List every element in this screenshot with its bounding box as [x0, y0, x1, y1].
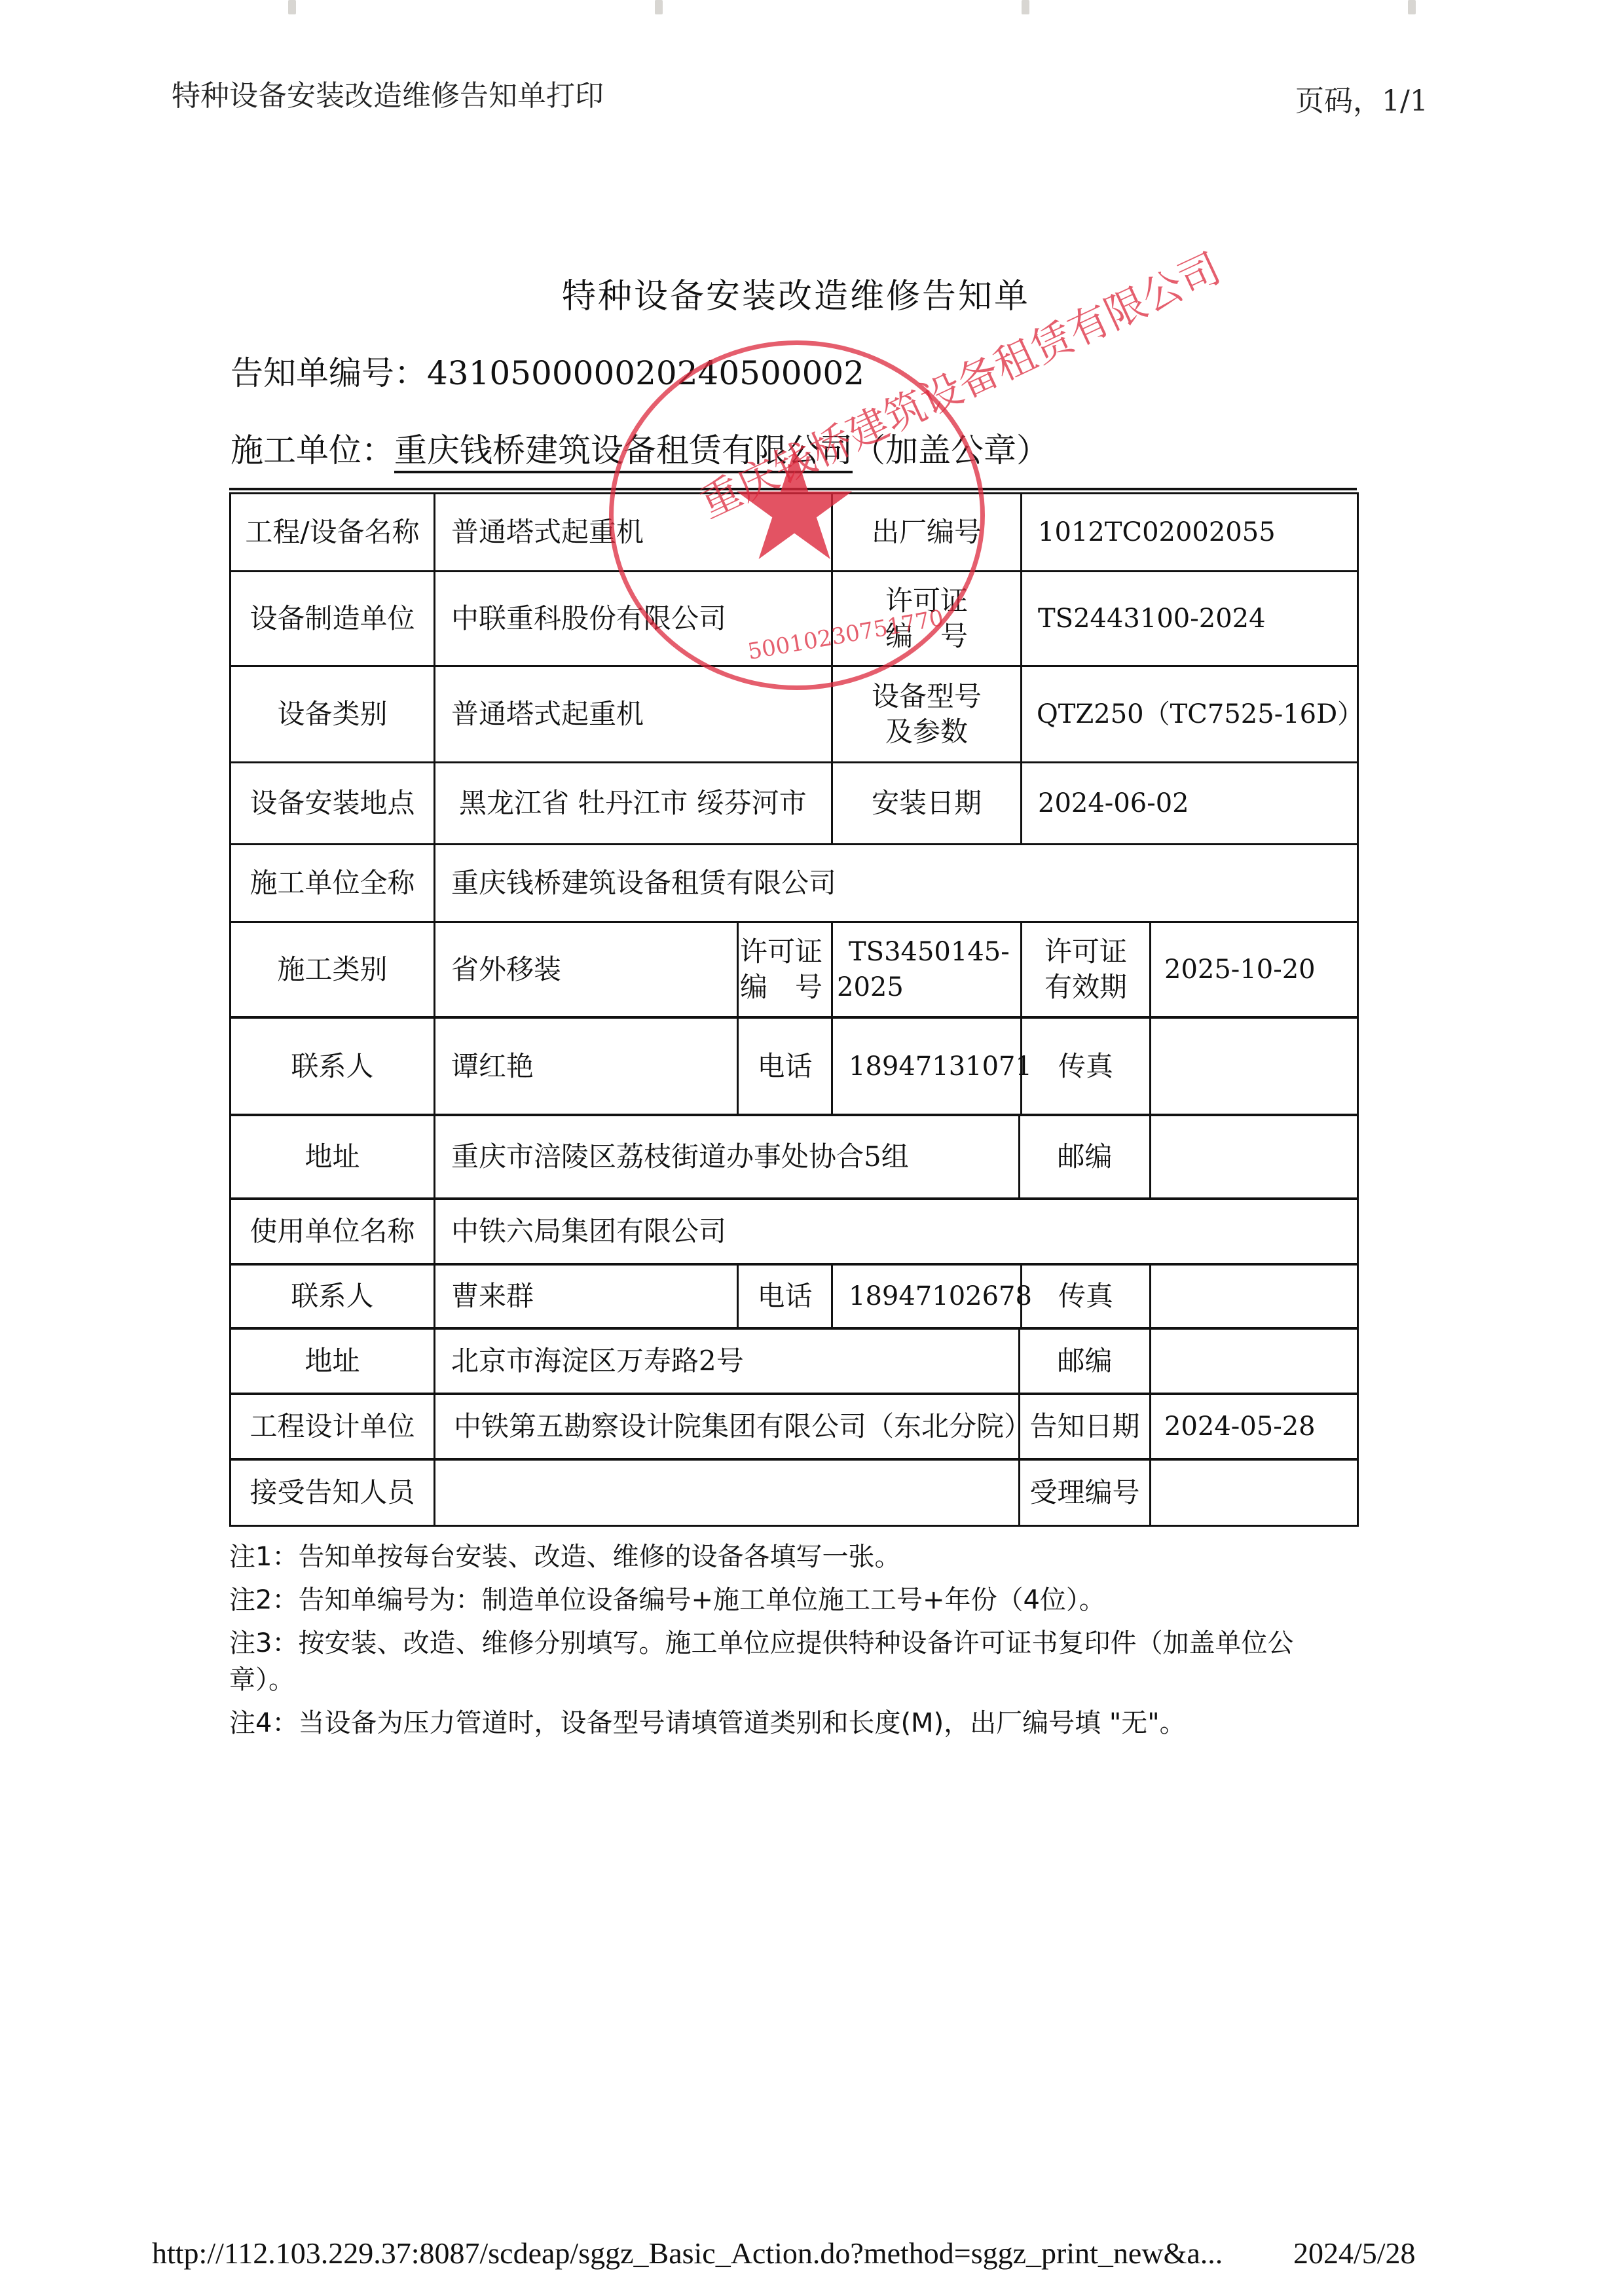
- label-fax: 传真: [1020, 1017, 1151, 1116]
- value-contractor-license: TS3450145-2025: [831, 921, 1022, 1018]
- label-receiver: 接受告知人员: [229, 1459, 435, 1527]
- label-line-2: 及参数: [885, 714, 968, 750]
- note-2: 注2：告知单编号为：制造单位设备编号+施工单位施工工号+年份（4位）。: [229, 1582, 1342, 1618]
- contractor-row: 施工单位：重庆钱桥建筑设备租赁有限公司（加盖公章）: [231, 424, 1049, 471]
- document-title: 特种设备安装改造维修告知单: [562, 268, 1030, 318]
- label-address: 地址: [229, 1114, 435, 1199]
- contractor-label: 施工单位：: [231, 431, 394, 469]
- table-top-rule: [229, 488, 1357, 490]
- label-manufacturer: 设备制造单位: [229, 570, 435, 667]
- label-design-unit: 工程设计单位: [229, 1393, 435, 1460]
- value-user-address: 北京市海淀区万寿路2号: [434, 1328, 1020, 1394]
- label-contact: 联系人: [229, 1017, 435, 1116]
- label-line-1: 许可证: [1044, 934, 1127, 970]
- label-user-postcode: 邮编: [1018, 1328, 1151, 1394]
- label-line-1: 设备型号: [872, 679, 982, 714]
- print-header-title: 特种设备安装改造维修告知单打印: [172, 72, 604, 114]
- value-phone: 18947131071: [831, 1017, 1022, 1116]
- punch-mark: [1022, 0, 1029, 14]
- note-3: 注3：按安装、改造、维修分别填写。施工单位应提供特种设备许可证书复印件（加盖单位…: [229, 1625, 1342, 1698]
- value-contact: 谭红艳: [434, 1017, 739, 1116]
- value-install-location: 黑龙江省 牡丹江市 绥芬河市: [434, 761, 833, 845]
- value-postcode: [1149, 1114, 1359, 1199]
- notice-number-row: 告知单编号：431050000020240500002: [231, 347, 864, 394]
- notice-number: 431050000020240500002: [427, 354, 864, 392]
- label-category: 设备类别: [229, 665, 435, 763]
- label-acceptance-no: 受理编号: [1018, 1459, 1151, 1527]
- value-fax: [1149, 1017, 1359, 1116]
- label-user-fax: 传真: [1020, 1264, 1151, 1329]
- value-factory-no: 1012TC02002055: [1020, 492, 1359, 572]
- value-equipment-name: 普通塔式起重机: [434, 492, 833, 572]
- punch-mark: [1408, 0, 1416, 14]
- label-work-type: 施工类别: [229, 921, 435, 1018]
- value-contractor-full: 重庆钱桥建筑设备租赁有限公司: [434, 843, 1359, 923]
- print-footer-url: http://112.103.229.37:8087/scdeap/sggz_B…: [152, 2236, 1223, 2270]
- value-notice-date: 2024-05-28: [1149, 1393, 1359, 1460]
- label-postcode: 邮编: [1018, 1114, 1151, 1199]
- label-line-2: 有效期: [1044, 970, 1127, 1005]
- label-user-phone: 电话: [737, 1264, 833, 1329]
- label-line-1: 许可证: [885, 583, 968, 619]
- value-work-type: 省外移装: [434, 921, 739, 1018]
- punch-mark: [288, 0, 296, 14]
- notice-number-label: 告知单编号：: [231, 354, 427, 392]
- note-1: 注1：告知单按每台安装、改造、维修的设备各填写一张。: [229, 1539, 1342, 1575]
- value-address: 重庆市涪陵区荔枝街道办事处协合5组: [434, 1114, 1020, 1199]
- label-factory-no: 出厂编号: [831, 492, 1022, 572]
- label-license-valid: 许可证 有效期: [1020, 921, 1151, 1018]
- print-footer-date: 2024/5/28: [1293, 2236, 1416, 2270]
- label-manufacturer-license: 许可证 编 号: [831, 570, 1022, 667]
- contractor-name: 重庆钱桥建筑设备租赁有限公司: [394, 431, 853, 473]
- label-phone: 电话: [737, 1017, 833, 1116]
- value-user-unit: 中铁六局集团有限公司: [434, 1198, 1359, 1265]
- value-user-postcode: [1149, 1328, 1359, 1394]
- value-acceptance-no: [1149, 1459, 1359, 1527]
- notes-section: 注1：告知单按每台安装、改造、维修的设备各填写一张。 注2：告知单编号为：制造单…: [229, 1539, 1342, 1741]
- label-line-2: 编 号: [740, 970, 822, 1005]
- punch-mark: [655, 0, 663, 14]
- value-manufacturer: 中联重科股份有限公司: [434, 570, 833, 667]
- value-user-fax: [1149, 1264, 1359, 1329]
- contractor-suffix: （加盖公章）: [853, 431, 1049, 469]
- label-contractor-license: 许可证 编 号: [737, 921, 833, 1018]
- value-design-unit: 中铁第五勘察设计院集团有限公司（东北分院）: [434, 1393, 1020, 1460]
- label-user-address: 地址: [229, 1328, 435, 1394]
- label-user-unit: 使用单位名称: [229, 1198, 435, 1265]
- value-license-valid: 2025-10-20: [1149, 921, 1359, 1018]
- note-4: 注4：当设备为压力管道时，设备型号请填管道类别和长度(M)，出厂编号填 "无"。: [229, 1705, 1342, 1741]
- label-install-location: 设备安装地点: [229, 761, 435, 845]
- value-receiver: [434, 1459, 1020, 1527]
- value-category: 普通塔式起重机: [434, 665, 833, 763]
- label-user-contact: 联系人: [229, 1264, 435, 1329]
- value-model: QTZ250（TC7525-16D）: [1020, 665, 1359, 763]
- label-line-1: 许可证: [740, 934, 822, 970]
- label-line-2: 编 号: [885, 619, 968, 654]
- label-equipment-name: 工程/设备名称: [229, 492, 435, 572]
- value-user-contact: 曹来群: [434, 1264, 739, 1329]
- label-install-date: 安装日期: [831, 761, 1022, 845]
- value-install-date: 2024-06-02: [1020, 761, 1359, 845]
- label-model: 设备型号 及参数: [831, 665, 1022, 763]
- value-manufacturer-license: TS2443100-2024: [1020, 570, 1359, 667]
- value-user-phone: 18947102678: [831, 1264, 1022, 1329]
- label-notice-date: 告知日期: [1018, 1393, 1151, 1460]
- page-number: 页码，1/1: [1295, 77, 1428, 119]
- label-contractor-full: 施工单位全称: [229, 843, 435, 923]
